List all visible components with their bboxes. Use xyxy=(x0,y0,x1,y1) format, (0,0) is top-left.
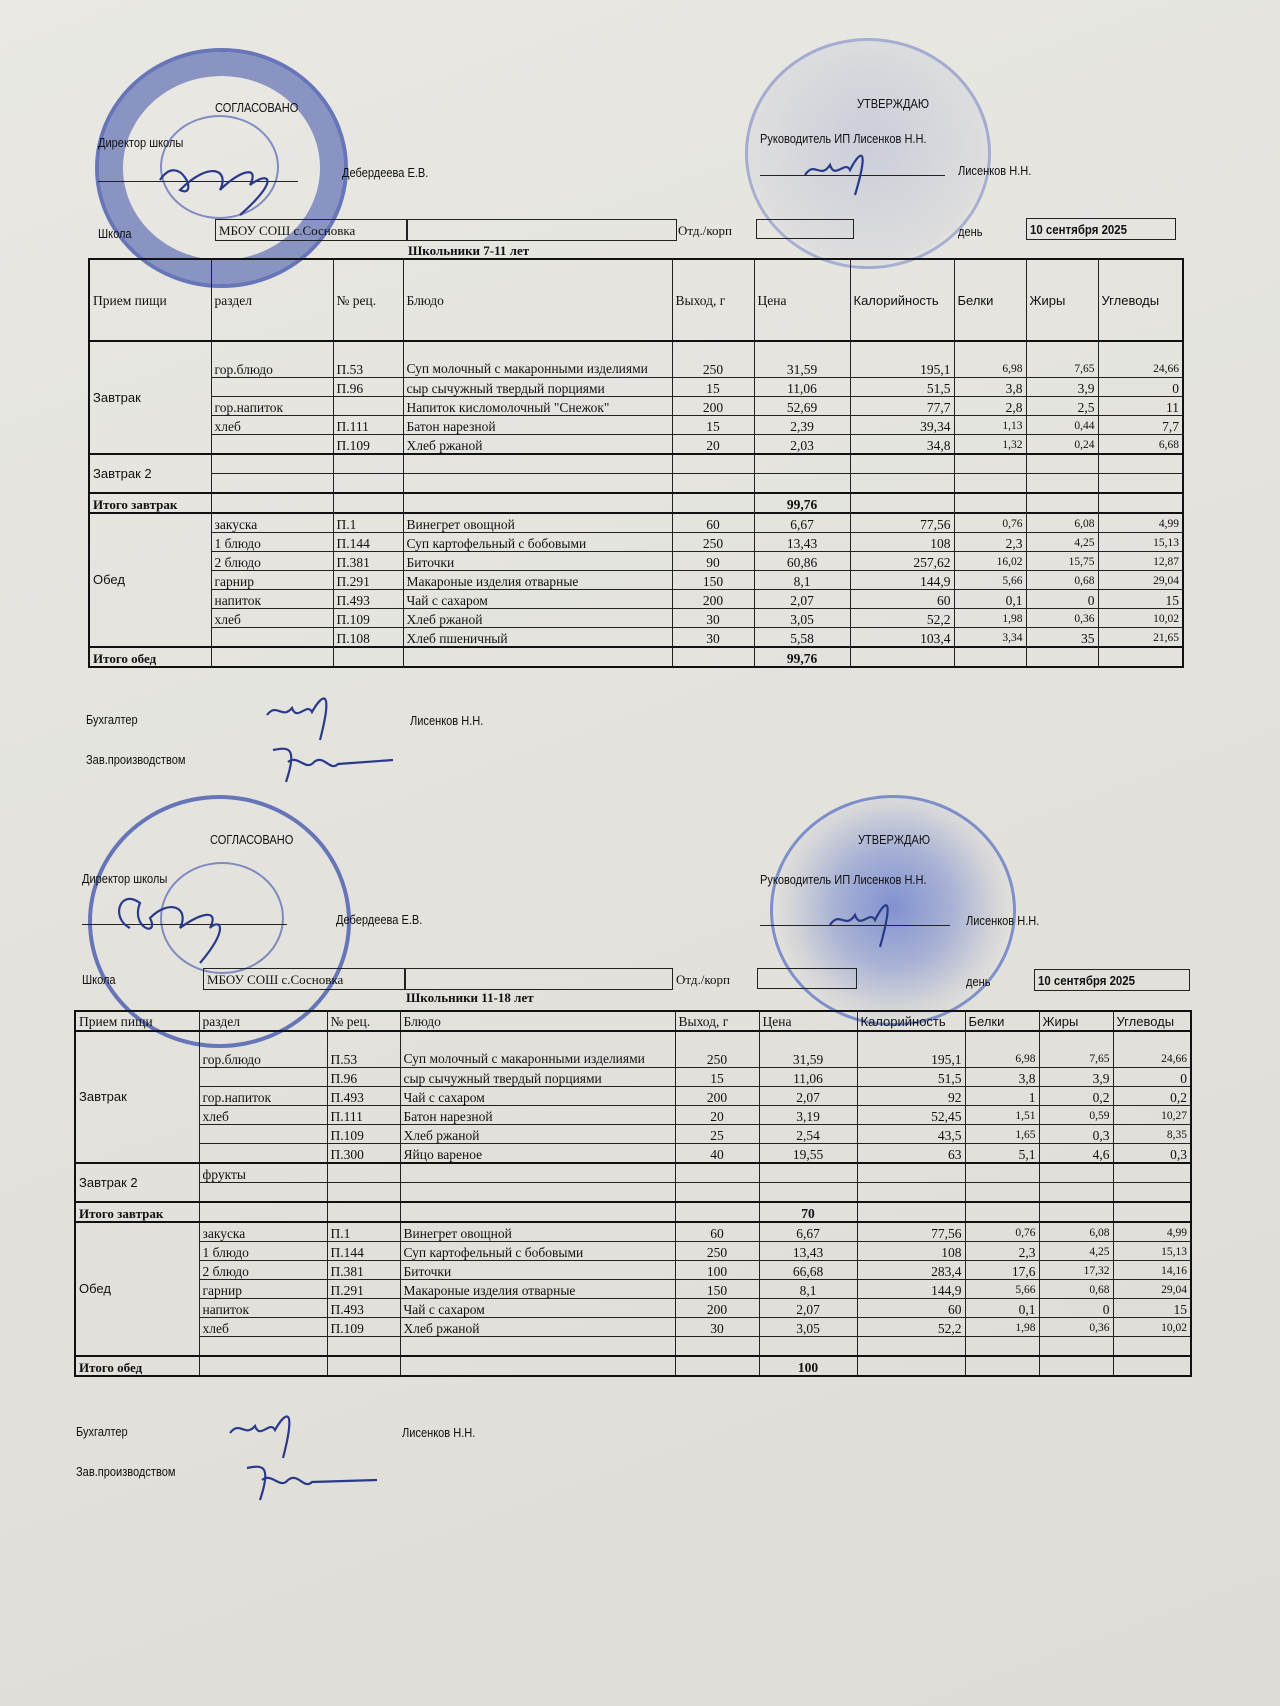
header-protein: Белки xyxy=(965,1011,1039,1031)
kcal-cell: 103,4 xyxy=(850,627,954,647)
school-label: Школа xyxy=(98,226,132,241)
header-row: Прием пищираздел№ рец.БлюдоВыход, гЦенаК… xyxy=(75,1011,1191,1031)
director-signature xyxy=(100,878,260,968)
carbs-cell: 10,02 xyxy=(1098,608,1183,627)
kcal-cell: 34,8 xyxy=(850,434,954,454)
protein-cell: 3,34 xyxy=(954,627,1026,647)
kcal-cell: 39,34 xyxy=(850,415,954,434)
table-row: гор.напитокП.493Чай с сахаром2002,079210… xyxy=(75,1086,1191,1105)
table-row: хлебП.111Батон нарезной203,1952,451,510,… xyxy=(75,1105,1191,1124)
protein-cell: 0,1 xyxy=(965,1298,1039,1317)
protein-cell: 6,98 xyxy=(965,1031,1039,1067)
fat-cell: 0,3 xyxy=(1039,1124,1113,1143)
header-kcal: Калорийность xyxy=(850,259,954,341)
recipe-cell: П.109 xyxy=(327,1317,400,1336)
empty-cell xyxy=(954,473,1026,493)
breakfast-total-row-price: 99,76 xyxy=(754,493,850,513)
header-row: Прием пищираздел№ рец.БлюдоВыход, гЦенаК… xyxy=(89,259,1183,341)
yield-cell: 200 xyxy=(672,589,754,608)
header-section: раздел xyxy=(199,1011,327,1031)
empty-cell xyxy=(1098,647,1183,667)
empty-cell xyxy=(1026,454,1098,474)
table-row: П.109Хлеб ржаной252,5443,51,650,38,35 xyxy=(75,1124,1191,1143)
carbs-cell xyxy=(1113,1336,1191,1356)
breakfast-total-row-price: 70 xyxy=(759,1202,857,1222)
empty-cell xyxy=(211,493,333,513)
accountant-name: Лисенков Н.Н. xyxy=(402,1425,475,1440)
protein-cell: 1,32 xyxy=(954,434,1026,454)
empty-cell xyxy=(327,1163,400,1183)
dept-label: Отд./корп xyxy=(678,223,732,239)
carbs-cell: 0 xyxy=(1098,377,1183,396)
fat-cell: 0,68 xyxy=(1026,570,1098,589)
fat-cell: 4,25 xyxy=(1026,532,1098,551)
table-row: П.96сыр сычужный твердый порциями1511,06… xyxy=(75,1067,1191,1086)
fat-cell: 0,2 xyxy=(1039,1086,1113,1105)
dish-cell: Суп картофельный с бобовыми xyxy=(400,1241,675,1260)
section-cell xyxy=(199,1067,327,1086)
dish-cell: Яйцо вареное xyxy=(400,1143,675,1163)
empty-cell xyxy=(850,647,954,667)
empty-cell xyxy=(1113,1356,1191,1376)
table-row: хлебП.109Хлеб ржаной303,0552,21,980,3610… xyxy=(75,1317,1191,1336)
protein-cell: 0,1 xyxy=(954,589,1026,608)
section-cell: гарнир xyxy=(211,570,333,589)
school-value: МБОУ СОШ с.Сосновка xyxy=(207,972,343,988)
yield-cell: 60 xyxy=(675,1222,759,1242)
recipe-cell xyxy=(333,396,403,415)
protein-cell: 2,8 xyxy=(954,396,1026,415)
carbs-cell: 0,2 xyxy=(1113,1086,1191,1105)
fat-cell: 0,59 xyxy=(1039,1105,1113,1124)
section-cell: хлеб xyxy=(199,1105,327,1124)
fat-cell: 0,68 xyxy=(1039,1279,1113,1298)
table-row: 1 блюдоП.144Суп картофельный с бобовыми2… xyxy=(89,532,1183,551)
recipe-cell: П.493 xyxy=(327,1298,400,1317)
yield-cell: 250 xyxy=(672,341,754,377)
dish-cell: Суп молочный с макаронными изделиями xyxy=(403,341,672,377)
head-label: Руководитель ИП Лисенков Н.Н. xyxy=(760,131,927,146)
accountant-signature xyxy=(225,1398,325,1463)
empty-cell xyxy=(965,1182,1039,1202)
table-row: напитокП.493Чай с сахаром2002,07600,1015 xyxy=(89,589,1183,608)
dish-cell: Винегрет овощной xyxy=(400,1222,675,1242)
dish-cell: Винегрет овощной xyxy=(403,513,672,533)
empty-cell xyxy=(850,493,954,513)
empty-cell xyxy=(1039,1202,1113,1222)
price-cell: 3,19 xyxy=(759,1105,857,1124)
price-cell: 2,07 xyxy=(759,1086,857,1105)
header-yield: Выход, г xyxy=(672,259,754,341)
kcal-cell: 108 xyxy=(850,532,954,551)
kcal-cell: 60 xyxy=(850,589,954,608)
recipe-cell: П.300 xyxy=(327,1143,400,1163)
table-row xyxy=(89,473,1183,493)
protein-cell: 0,76 xyxy=(954,513,1026,533)
dish-cell: Суп молочный с макаронными изделиями xyxy=(400,1031,675,1067)
head-name: Лисенков Н.Н. xyxy=(958,163,1031,178)
empty-cell xyxy=(675,1202,759,1222)
empty-cell xyxy=(675,1163,759,1183)
header-kcal: Калорийность xyxy=(857,1011,965,1031)
empty-cell xyxy=(403,647,672,667)
table-row: Завтрак 2фрукты xyxy=(75,1163,1191,1183)
dish-cell: сыр сычужный твердый порциями xyxy=(403,377,672,396)
kcal-cell xyxy=(857,1336,965,1356)
fat-cell: 35 xyxy=(1026,627,1098,647)
empty-cell xyxy=(672,493,754,513)
dish-cell: Напиток кисломолочный "Снежок" xyxy=(403,396,672,415)
fat-cell: 7,65 xyxy=(1039,1031,1113,1067)
empty-cell xyxy=(403,493,672,513)
carbs-cell: 0,3 xyxy=(1113,1143,1191,1163)
empty-cell xyxy=(403,473,672,493)
recipe-cell: П.96 xyxy=(327,1067,400,1086)
price-cell: 8,1 xyxy=(754,570,850,589)
yield-cell: 20 xyxy=(675,1105,759,1124)
carbs-cell: 10,02 xyxy=(1113,1317,1191,1336)
recipe-cell: П.53 xyxy=(333,341,403,377)
head-label: Руководитель ИП Лисенков Н.Н. xyxy=(760,872,927,887)
header-price: Цена xyxy=(759,1011,857,1031)
carbs-cell: 12,87 xyxy=(1098,551,1183,570)
accountant-label: Бухгалтер xyxy=(76,1424,128,1439)
section-cell xyxy=(211,627,333,647)
kcal-cell: 52,2 xyxy=(857,1317,965,1336)
empty-cell xyxy=(857,1182,965,1202)
school-stamp-inner xyxy=(160,115,279,219)
kcal-cell: 283,4 xyxy=(857,1260,965,1279)
carbs-cell: 10,27 xyxy=(1113,1105,1191,1124)
dish-cell: Хлеб пшеничный xyxy=(403,627,672,647)
recipe-cell: П.109 xyxy=(333,434,403,454)
director-name: Дебердеева Е.В. xyxy=(342,165,428,180)
empty-cell xyxy=(400,1182,675,1202)
price-cell: 6,67 xyxy=(759,1222,857,1242)
table-row: 1 блюдоП.144Суп картофельный с бобовыми2… xyxy=(75,1241,1191,1260)
yield-cell: 250 xyxy=(672,532,754,551)
empty-cell xyxy=(1039,1163,1113,1183)
yield-cell: 60 xyxy=(672,513,754,533)
head-signature-line xyxy=(760,925,950,926)
protein-cell: 5,66 xyxy=(954,570,1026,589)
price-cell: 60,86 xyxy=(754,551,850,570)
dish-cell: Батон нарезной xyxy=(400,1105,675,1124)
protein-cell: 5,1 xyxy=(965,1143,1039,1163)
recipe-cell: П.1 xyxy=(333,513,403,533)
section-cell: хлеб xyxy=(211,608,333,627)
yield-cell: 15 xyxy=(675,1067,759,1086)
carbs-cell: 4,99 xyxy=(1098,513,1183,533)
empty-cell xyxy=(754,473,850,493)
carbs-cell: 21,65 xyxy=(1098,627,1183,647)
section-cell xyxy=(199,1124,327,1143)
kcal-cell: 195,1 xyxy=(850,341,954,377)
fat-cell: 0,36 xyxy=(1026,608,1098,627)
empty-cell xyxy=(400,1202,675,1222)
protein-cell: 2,3 xyxy=(954,532,1026,551)
header-carbs: Углеводы xyxy=(1113,1011,1191,1031)
recipe-cell: П.111 xyxy=(333,415,403,434)
empty-cell xyxy=(759,1163,857,1183)
age-group-title: Школьники 11-18 лет xyxy=(406,990,534,1006)
production-label: Зав.производством xyxy=(76,1464,175,1479)
empty-cell xyxy=(1098,454,1183,474)
empty-cell xyxy=(850,473,954,493)
carbs-cell: 11 xyxy=(1098,396,1183,415)
table-row: 2 блюдоП.381Биточки10066,68283,417,617,3… xyxy=(75,1260,1191,1279)
director-label: Директор школы xyxy=(82,871,167,886)
empty-cell xyxy=(327,1202,400,1222)
kcal-cell: 77,56 xyxy=(850,513,954,533)
yield-cell: 15 xyxy=(672,377,754,396)
carbs-cell: 24,66 xyxy=(1098,341,1183,377)
empty-cell xyxy=(675,1356,759,1376)
table-row: напитокП.493Чай с сахаром2002,07600,1015 xyxy=(75,1298,1191,1317)
carbs-cell: 29,04 xyxy=(1113,1279,1191,1298)
section-cell: закуска xyxy=(199,1222,327,1242)
section-cell: напиток xyxy=(199,1298,327,1317)
day-label: день xyxy=(958,224,982,239)
kcal-cell: 144,9 xyxy=(857,1279,965,1298)
recipe-cell: П.108 xyxy=(333,627,403,647)
section-cell: гор.напиток xyxy=(199,1086,327,1105)
recipe-cell: П.111 xyxy=(327,1105,400,1124)
lunch-label: Обед xyxy=(75,1222,199,1356)
recipe-cell: П.1 xyxy=(327,1222,400,1242)
fat-cell: 0,44 xyxy=(1026,415,1098,434)
recipe-cell: П.381 xyxy=(327,1260,400,1279)
empty-cell xyxy=(400,1163,675,1183)
dish-cell: Хлеб ржаной xyxy=(400,1124,675,1143)
school-value: МБОУ СОШ с.Сосновка xyxy=(219,223,355,239)
table-row: Завтракгор.блюдоП.53Суп молочный с макар… xyxy=(75,1031,1191,1067)
fat-cell xyxy=(1039,1336,1113,1356)
empty-cell xyxy=(672,473,754,493)
head-signature xyxy=(800,140,900,200)
dept-field xyxy=(757,968,857,989)
empty-cell xyxy=(1113,1202,1191,1222)
header-price: Цена xyxy=(754,259,850,341)
accountant-signature xyxy=(262,680,352,745)
dish-cell: Чай с сахаром xyxy=(400,1298,675,1317)
carbs-cell: 6,68 xyxy=(1098,434,1183,454)
production-signature xyxy=(268,742,398,787)
fat-cell: 0,36 xyxy=(1039,1317,1113,1336)
section-cell: напиток xyxy=(211,589,333,608)
director-label: Директор школы xyxy=(98,135,183,150)
section-cell: 1 блюдо xyxy=(211,532,333,551)
dish-cell: Макароные изделия отварные xyxy=(403,570,672,589)
price-cell: 11,06 xyxy=(759,1067,857,1086)
section-cell: гор.блюдо xyxy=(199,1031,327,1067)
table-row: Завтракгор.блюдоП.53Суп молочный с макар… xyxy=(89,341,1183,377)
breakfast2-label: Завтрак 2 xyxy=(89,454,211,493)
dish-cell: Хлеб ржаной xyxy=(403,608,672,627)
kcal-cell: 77,7 xyxy=(850,396,954,415)
protein-cell: 17,6 xyxy=(965,1260,1039,1279)
carbs-cell: 29,04 xyxy=(1098,570,1183,589)
protein-cell: 1 xyxy=(965,1086,1039,1105)
dish-cell: Макароные изделия отварные xyxy=(400,1279,675,1298)
table-row: ОбедзакускаП.1Винегрет овощной606,6777,5… xyxy=(75,1222,1191,1242)
header-fat: Жиры xyxy=(1026,259,1098,341)
head-name: Лисенков Н.Н. xyxy=(966,913,1039,928)
kcal-cell: 52,2 xyxy=(850,608,954,627)
fat-cell: 6,08 xyxy=(1039,1222,1113,1242)
section-cell xyxy=(211,473,333,493)
protein-cell: 1,51 xyxy=(965,1105,1039,1124)
table-row: П.300Яйцо вареное4019,55635,14,60,3 xyxy=(75,1143,1191,1163)
breakfast-total-row-label: Итого завтрак xyxy=(75,1202,199,1222)
yield-cell: 150 xyxy=(672,570,754,589)
empty-cell xyxy=(199,1356,327,1376)
empty-cell xyxy=(954,647,1026,667)
fat-cell: 3,9 xyxy=(1026,377,1098,396)
price-cell: 2,07 xyxy=(754,589,850,608)
director-signature-line xyxy=(98,181,298,182)
yield-cell: 25 xyxy=(675,1124,759,1143)
price-cell: 13,43 xyxy=(759,1241,857,1260)
dish-cell: Чай с сахаром xyxy=(400,1086,675,1105)
approved-title: УТВЕРЖДАЮ xyxy=(858,832,930,847)
price-cell: 5,58 xyxy=(754,627,850,647)
empty-cell xyxy=(403,454,672,474)
recipe-cell: П.96 xyxy=(333,377,403,396)
protein-cell: 6,98 xyxy=(954,341,1026,377)
table-row: П.108Хлеб пшеничный305,58103,43,343521,6… xyxy=(89,627,1183,647)
header-recipe: № рец. xyxy=(333,259,403,341)
agreed-title: СОГЛАСОВАНО xyxy=(215,100,298,115)
fat-cell: 0 xyxy=(1026,589,1098,608)
breakfast-total-row: Итого завтрак70 xyxy=(75,1202,1191,1222)
section-cell xyxy=(199,1182,327,1202)
empty-cell xyxy=(333,647,403,667)
empty-cell xyxy=(965,1163,1039,1183)
fat-cell: 0,24 xyxy=(1026,434,1098,454)
carbs-cell: 4,99 xyxy=(1113,1222,1191,1242)
breakfast-total-row: Итого завтрак99,76 xyxy=(89,493,1183,513)
table-row xyxy=(75,1336,1191,1356)
fat-cell: 4,6 xyxy=(1039,1143,1113,1163)
lunch-label: Обед xyxy=(89,513,211,647)
breakfast-label: Завтрак xyxy=(75,1031,199,1163)
kcal-cell: 52,45 xyxy=(857,1105,965,1124)
carbs-cell: 0 xyxy=(1113,1067,1191,1086)
yield-cell: 90 xyxy=(672,551,754,570)
kcal-cell: 77,56 xyxy=(857,1222,965,1242)
price-cell: 13,43 xyxy=(754,532,850,551)
price-cell: 31,59 xyxy=(759,1031,857,1067)
empty-cell xyxy=(857,1356,965,1376)
empty-cell xyxy=(1039,1182,1113,1202)
fat-cell: 17,32 xyxy=(1039,1260,1113,1279)
header-yield: Выход, г xyxy=(675,1011,759,1031)
dish-cell: Батон нарезной xyxy=(403,415,672,434)
empty-cell xyxy=(333,454,403,474)
section-cell: хлеб xyxy=(211,415,333,434)
recipe-cell: П.109 xyxy=(327,1124,400,1143)
accountant-name: Лисенков Н.Н. xyxy=(410,713,483,728)
empty-cell xyxy=(759,1182,857,1202)
table-row: 2 блюдоП.381Биточки9060,86257,6216,0215,… xyxy=(89,551,1183,570)
price-cell: 2,39 xyxy=(754,415,850,434)
recipe-cell: П.493 xyxy=(333,589,403,608)
empty-cell xyxy=(1113,1163,1191,1183)
empty-cell xyxy=(211,647,333,667)
yield-cell: 30 xyxy=(672,608,754,627)
date-value: 10 сентября 2025 xyxy=(1030,222,1127,237)
protein-cell: 1,98 xyxy=(965,1317,1039,1336)
dish-cell: Биточки xyxy=(403,551,672,570)
yield-cell: 40 xyxy=(675,1143,759,1163)
lunch-total-row-price: 99,76 xyxy=(754,647,850,667)
section-cell: фрукты xyxy=(199,1163,327,1183)
yield-cell: 150 xyxy=(675,1279,759,1298)
breakfast-total-row-label: Итого завтрак xyxy=(89,493,211,513)
fat-cell: 4,25 xyxy=(1039,1241,1113,1260)
school-label: Школа xyxy=(82,972,116,987)
section-cell: 1 блюдо xyxy=(199,1241,327,1260)
empty-cell xyxy=(1026,647,1098,667)
carbs-cell: 8,35 xyxy=(1113,1124,1191,1143)
fat-cell: 7,65 xyxy=(1026,341,1098,377)
section-cell: закуска xyxy=(211,513,333,533)
price-cell: 52,69 xyxy=(754,396,850,415)
empty-cell xyxy=(327,1356,400,1376)
empty-cell xyxy=(672,647,754,667)
dept-field xyxy=(756,219,854,239)
empty-cell xyxy=(672,454,754,474)
price-cell: 11,06 xyxy=(754,377,850,396)
kcal-cell: 108 xyxy=(857,1241,965,1260)
fat-cell: 3,9 xyxy=(1039,1067,1113,1086)
yield-cell xyxy=(675,1336,759,1356)
lunch-total-row-price: 100 xyxy=(759,1356,857,1376)
fat-cell: 2,5 xyxy=(1026,396,1098,415)
yield-cell: 200 xyxy=(675,1298,759,1317)
ip-stamp xyxy=(770,795,1016,1026)
accountant-label: Бухгалтер xyxy=(86,712,138,727)
section-cell: гор.напиток xyxy=(211,396,333,415)
section-cell: хлеб xyxy=(199,1317,327,1336)
director-name: Дебердеева Е.В. xyxy=(336,912,422,927)
yield-cell: 250 xyxy=(675,1031,759,1067)
header-meal: Прием пищи xyxy=(89,259,211,341)
header-fat: Жиры xyxy=(1039,1011,1113,1031)
table-row: хлебП.109Хлеб ржаной303,0552,21,980,3610… xyxy=(89,608,1183,627)
dish-cell xyxy=(400,1336,675,1356)
yield-cell: 100 xyxy=(675,1260,759,1279)
protein-cell: 5,66 xyxy=(965,1279,1039,1298)
section-cell xyxy=(199,1336,327,1356)
recipe-cell: П.109 xyxy=(333,608,403,627)
kcal-cell: 51,5 xyxy=(857,1067,965,1086)
price-cell: 2,07 xyxy=(759,1298,857,1317)
breakfast-label: Завтрак xyxy=(89,341,211,454)
production-label: Зав.производством xyxy=(86,752,185,767)
section-cell: 2 блюдо xyxy=(211,551,333,570)
empty-cell xyxy=(1039,1356,1113,1376)
protein-cell: 1,13 xyxy=(954,415,1026,434)
date-value: 10 сентября 2025 xyxy=(1038,973,1135,988)
dish-cell: сыр сычужный твердый порциями xyxy=(400,1067,675,1086)
empty-cell xyxy=(754,454,850,474)
empty-cell xyxy=(1098,493,1183,513)
header-recipe: № рец. xyxy=(327,1011,400,1031)
carbs-cell: 15,13 xyxy=(1098,532,1183,551)
empty-cell xyxy=(327,1182,400,1202)
